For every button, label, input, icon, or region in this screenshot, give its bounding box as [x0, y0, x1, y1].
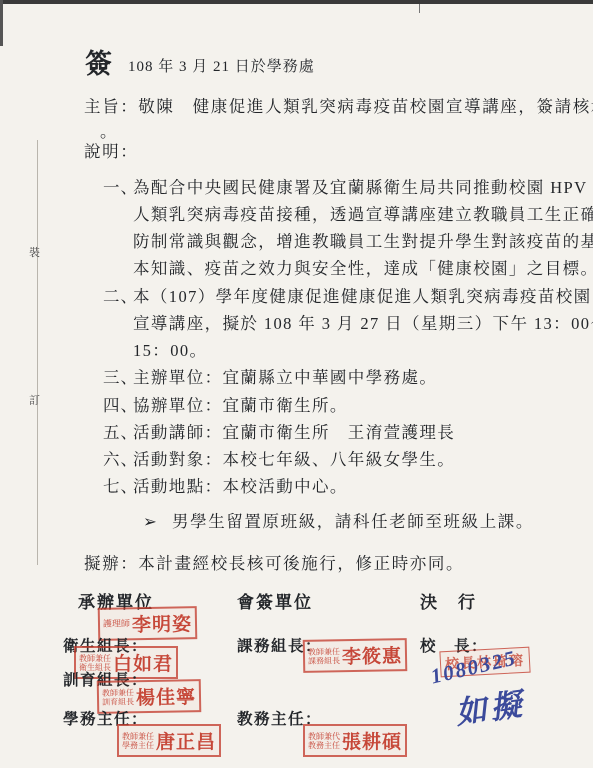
item-label: 五、 [103, 419, 133, 446]
scanned-document-page: 裝 訂 簽 108 年 3 月 21 日於學務處 主旨：敬陳 健康促進人類乳突病… [0, 0, 593, 768]
stamp-prefix: 教師兼任 訓育組長 [102, 688, 134, 707]
item-line: 本知識、疫苗之效力與安全性，達成「健康校園」之目標。 [133, 255, 593, 282]
list-item-3: 三、 主辦單位：宜蘭縣立中華國中學務處。 [103, 364, 437, 391]
binding-line [37, 140, 38, 565]
proposal-line: 擬辦：本計畫經校長核可後施行，修正時亦同。 [84, 550, 464, 577]
signoff-header-decision: 決 行 [420, 588, 477, 613]
scan-edge-top [0, 0, 593, 4]
item-line: 協辦單位：宜蘭市衛生所。 [133, 392, 348, 419]
item-line: 活動地點：本校活動中心。 [133, 473, 348, 500]
item-label: 三、 [103, 364, 133, 391]
note-text: 男學生留置原班級，請科任老師至班級上課。 [172, 508, 534, 535]
scan-edge-left [0, 0, 3, 46]
stamp-prefix: 護理師 [103, 619, 130, 628]
explanation-label: 說明： [84, 138, 138, 165]
item-line: 宣導講座，擬於 108 年 3 月 27 日（星期三）下午 13：00～ [133, 310, 593, 337]
doc-type-char: 簽 [85, 42, 114, 81]
item-line: 防制常識與觀念，增進教職員工生對提升學生對該疫苗的基 [133, 228, 593, 255]
note-arrow-icon: ➢ [143, 508, 158, 535]
list-item-5: 五、 活動講師：宜蘭市衛生所 王淯萱護理長 [103, 419, 455, 446]
list-item-6: 六、 活動對象：本校七年級、八年級女學生。 [103, 446, 455, 473]
item-label: 二、 [103, 283, 133, 310]
stamp-academic-affairs-director: 教師兼代 教務主任 張耕碩 [303, 724, 407, 757]
subject-line: 主旨：敬陳 健康促進人類乳突病毒疫苗校園宣導講座，簽請核示 [84, 93, 593, 120]
item-line: 為配合中央國民健康署及宜蘭縣衛生局共同推動校園 HPV [133, 174, 593, 201]
item-line: 15：00。 [133, 337, 593, 364]
item-label: 七、 [103, 473, 133, 500]
list-item-7: 七、 活動地點：本校活動中心。 [103, 473, 348, 500]
stamp-prefix: 教師兼代 教務主任 [308, 732, 340, 750]
scan-mark [419, 4, 420, 13]
stamp-prefix: 教師兼任 課務組長 [308, 647, 340, 666]
item-label: 四、 [103, 392, 133, 419]
stamp-prefix: 教師兼任 學務主任 [122, 732, 154, 750]
item-line: 人類乳突病毒疫苗接種，透過宣導講座建立教職員工生正確 [133, 201, 593, 228]
item-label: 六、 [103, 446, 133, 473]
stamp-name: 李筱惠 [342, 641, 402, 669]
signoff-header-cosign-unit: 會簽單位 [237, 588, 313, 613]
item-line: 活動講師：宜蘭市衛生所 王淯萱護理長 [133, 419, 455, 446]
binding-mark-ding: 訂 [29, 392, 40, 408]
list-item-2: 二、 本（107）學年度健康促進健康促進人類乳突病毒疫苗校園 宣導講座，擬於 1… [103, 283, 593, 364]
stamp-student-affairs-director: 教師兼任 學務主任 唐正昌 [117, 724, 221, 757]
item-line: 本（107）學年度健康促進健康促進人類乳突病毒疫苗校園 [133, 283, 593, 310]
item-line: 主辦單位：宜蘭縣立中華國中學務處。 [133, 364, 437, 391]
item-line: 活動對象：本校七年級、八年級女學生。 [133, 446, 455, 473]
stamp-name: 張耕碩 [342, 727, 402, 754]
binding-mark-zhuang: 裝 [29, 244, 40, 260]
doc-date-place: 108 年 3 月 21 日於學務處 [128, 55, 315, 76]
stamp-curriculum-chief: 教師兼任 課務組長 李筱惠 [303, 638, 408, 673]
list-item-1: 一、 為配合中央國民健康署及宜蘭縣衛生局共同推動校園 HPV 人類乳突病毒疫苗接… [103, 174, 593, 282]
handwritten-approval: 如擬 [452, 678, 528, 732]
item-label: 一、 [103, 174, 133, 201]
list-item-4: 四、 協辦單位：宜蘭市衛生所。 [103, 392, 348, 419]
stamp-name: 唐正昌 [156, 727, 216, 754]
